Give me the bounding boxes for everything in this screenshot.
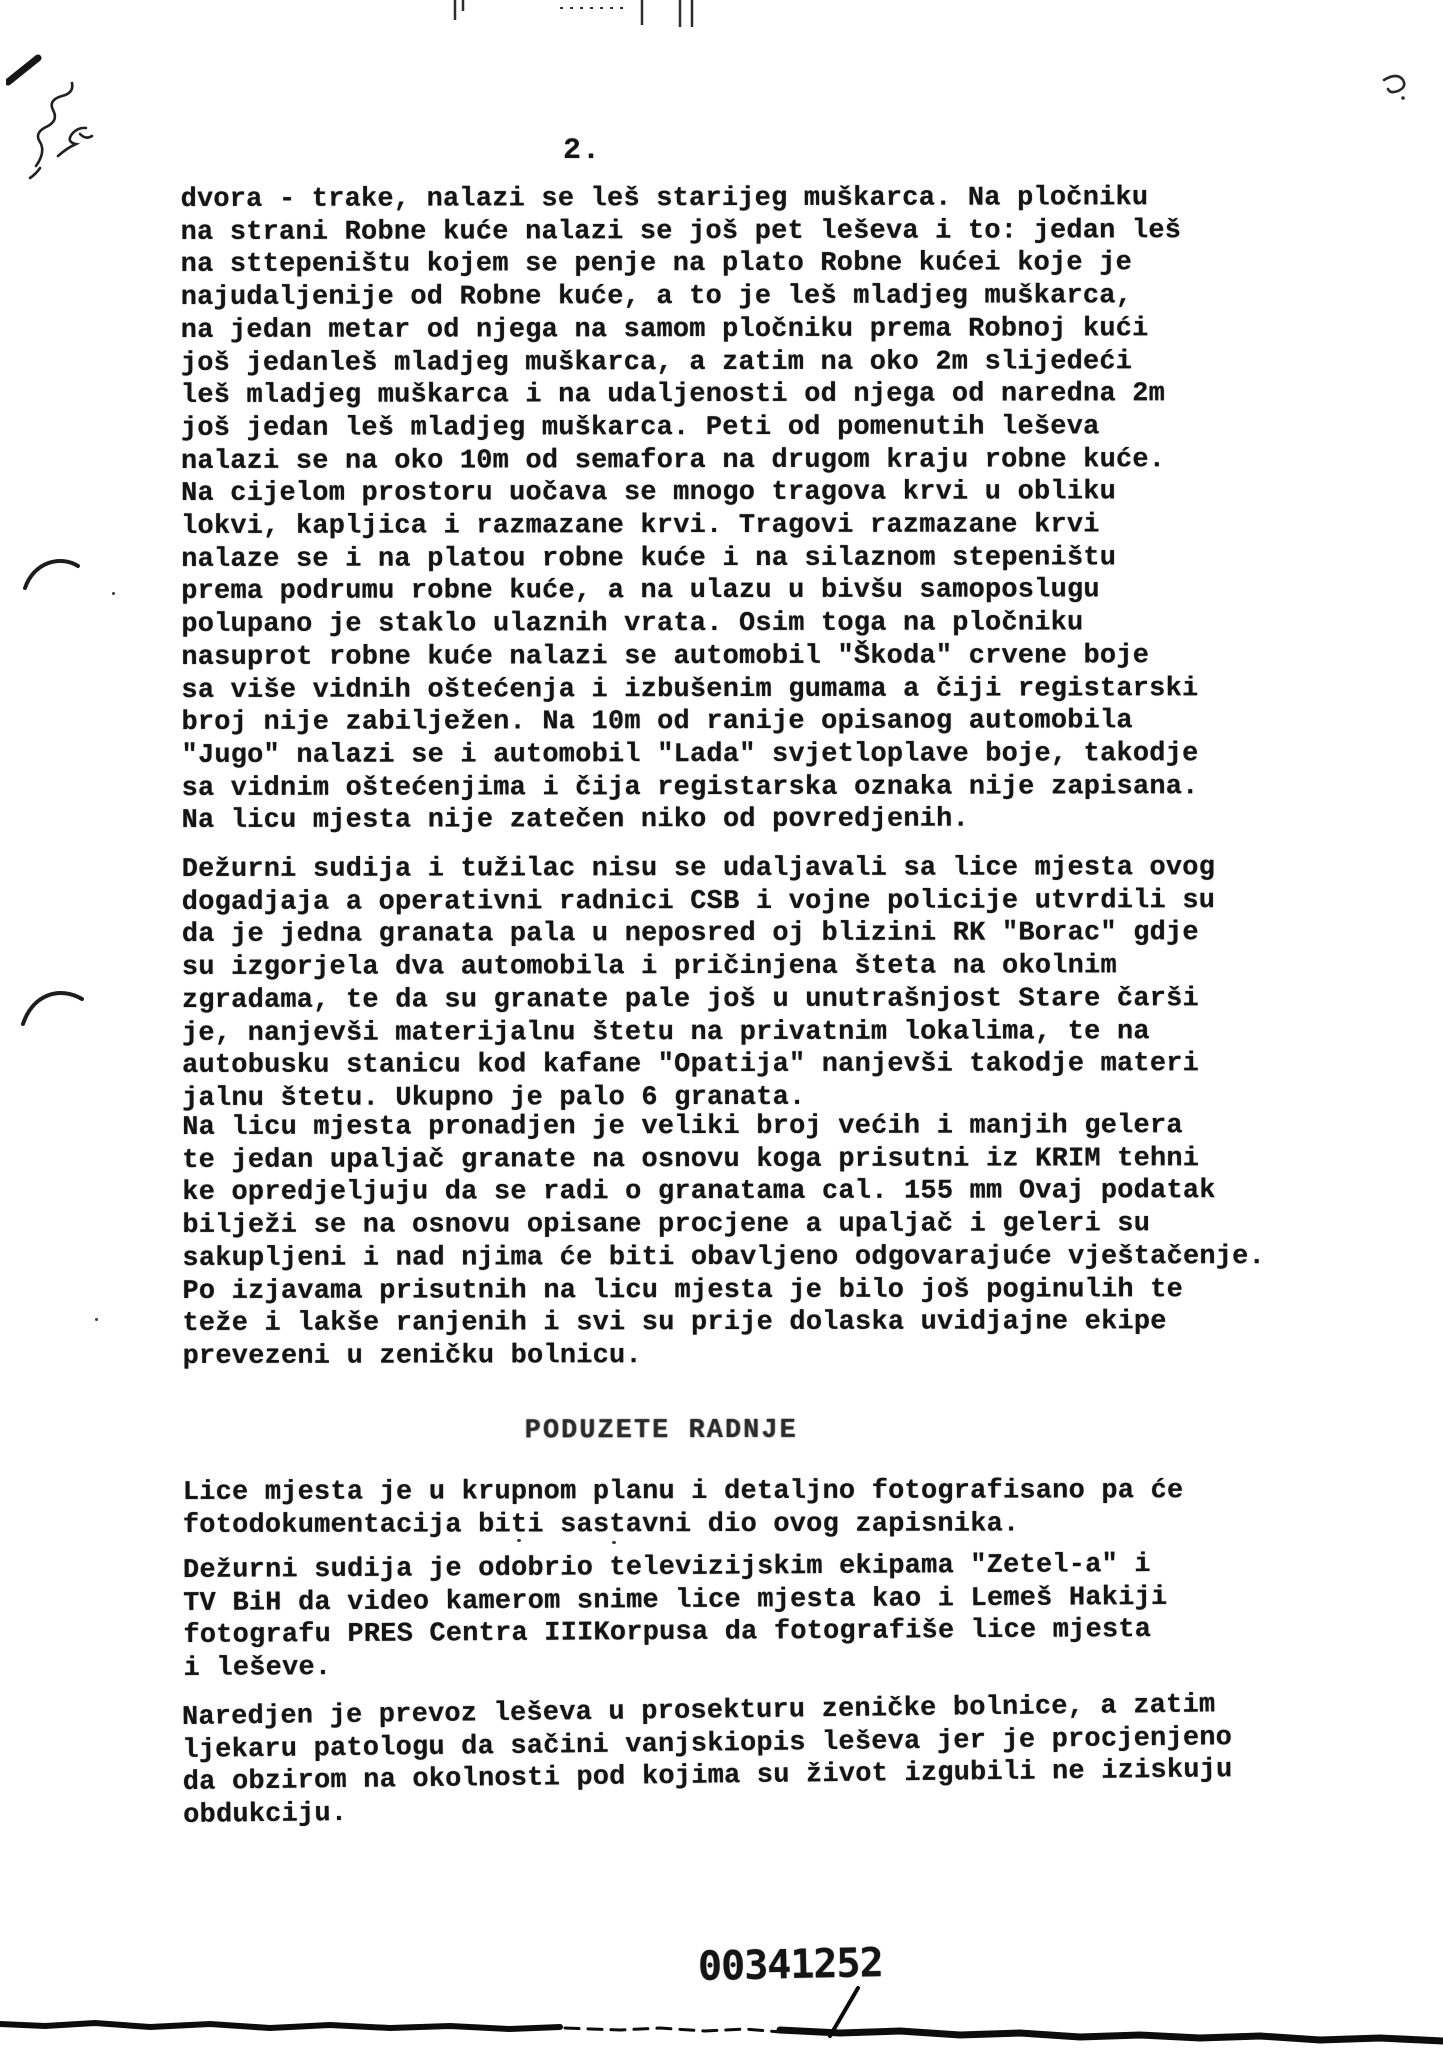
scan-speck	[517, 1539, 521, 1542]
text-line: na sttepeništu kojem se penje na plato R…	[181, 248, 1198, 282]
text-line: Na licu mjesta nije zatečen niko od povr…	[182, 804, 1199, 838]
text-line: Na cijelom prostoru uočava se mnogo trag…	[181, 476, 1198, 510]
paragraph: Dežurni sudija je odobrio televizijskim …	[183, 1549, 1168, 1686]
text-line: sakupljeni i nad njima će biti obavljeno…	[182, 1241, 1265, 1276]
paragraph: dvora - trake, nalazi se leš starijeg mu…	[181, 182, 1199, 838]
text-line: polupano je staklo ulaznih vrata. Osim t…	[181, 607, 1198, 641]
text-line: fotografu PRES Centra IIIKorpusa da foto…	[183, 1614, 1167, 1653]
scan-speck	[112, 592, 115, 595]
text-line: još jedanleš mladjeg muškarca, a zatim n…	[181, 346, 1198, 380]
text-line: i leševe.	[184, 1647, 1168, 1686]
text-line: Na licu mjesta pronadjen je veliki broj …	[182, 1110, 1265, 1145]
text-line: fotodokumentacija biti sastavni dio ovog…	[183, 1508, 1184, 1542]
document-body: dvora - trake, nalazi se leš starijeg mu…	[0, 0, 1443, 2048]
text-line: sa vidnim oštećenjima i čija registarska…	[182, 771, 1199, 805]
text-line: teže i lakše ranjenih i svi su prije dol…	[182, 1306, 1265, 1341]
text-line: Po izjavama prisutnih na licu mjesta je …	[182, 1274, 1265, 1309]
text-line: lokvi, kapljica i razmazane krvi. Tragov…	[181, 509, 1198, 543]
text-line: da je jedna granata pala u neposred oj b…	[182, 918, 1215, 953]
text-line: autobusku stanicu kod kafane "Opatija" n…	[182, 1048, 1215, 1083]
text-line: Lice mjesta je u krupnom planu i detaljn…	[183, 1475, 1184, 1509]
document-page: 2. dvora - trake, nalazi se leš starijeg…	[0, 0, 1443, 2048]
paragraph: Lice mjesta je u krupnom planu i detaljn…	[183, 1475, 1184, 1542]
section-heading: PODUZETE RADNJE	[525, 1416, 798, 1446]
text-line: leš mladjeg muškarca i na udaljenosti od…	[181, 378, 1198, 412]
paragraph: Na licu mjesta pronadjen je veliki broj …	[182, 1110, 1265, 1374]
text-line: Dežurni sudija i tužilac nisu se udaljav…	[182, 852, 1215, 887]
text-line: na strani Robne kuće nalazi se još pet l…	[181, 215, 1198, 249]
paragraph: Dežurni sudija i tužilac nisu se udaljav…	[182, 852, 1216, 1115]
scan-speck	[612, 1541, 616, 1544]
text-line: nalazi se na oko 10m od semafora na drug…	[181, 444, 1198, 478]
text-line: "Jugo" nalazi se i automobil "Lada" svje…	[182, 738, 1199, 772]
text-line: još jedan leš mladjeg muškarca. Peti od …	[181, 411, 1198, 445]
text-line: su izgorjela dva automobila i pričinjena…	[182, 950, 1215, 985]
text-line: je, nanjevši materijalnu štetu na privat…	[182, 1016, 1215, 1051]
text-line: prema podrumu robne kuće, a na ulazu u b…	[181, 575, 1198, 609]
text-line: nasuprot robne kuće nalazi se automobil …	[181, 640, 1198, 674]
stamp-number: 00341252	[698, 1940, 884, 1990]
text-line: ke opredjeljuju da se radi o granatama c…	[182, 1175, 1265, 1210]
text-line: zgradama, te da su granate pale još u un…	[182, 983, 1215, 1018]
text-line: dvora - trake, nalazi se leš starijeg mu…	[181, 182, 1198, 216]
text-line: sa više vidnih oštećenja i izbušenim gum…	[181, 673, 1198, 707]
text-line: dogadjaja a operativni radnici CSB i voj…	[182, 885, 1215, 920]
text-line: te jedan upaljač granate na osnovu koga …	[182, 1143, 1265, 1178]
text-line: broj nije zabilježen. Na 10m od ranije o…	[181, 705, 1198, 739]
scan-speck	[95, 1318, 98, 1321]
text-line: najudaljenije od Robne kuće, a to je leš…	[181, 280, 1198, 314]
text-line: na jedan metar od njega na samom pločnik…	[181, 313, 1198, 347]
text-line: nalaze se i na platou robne kuće i na si…	[181, 542, 1198, 576]
text-line: prevezeni u zeničku bolnicu.	[183, 1339, 1266, 1374]
text-line: bilježi se na osnovu opisane procjene a …	[182, 1208, 1265, 1243]
paragraph: Naredjen je prevoz leševa u prosekturu z…	[182, 1689, 1233, 1833]
